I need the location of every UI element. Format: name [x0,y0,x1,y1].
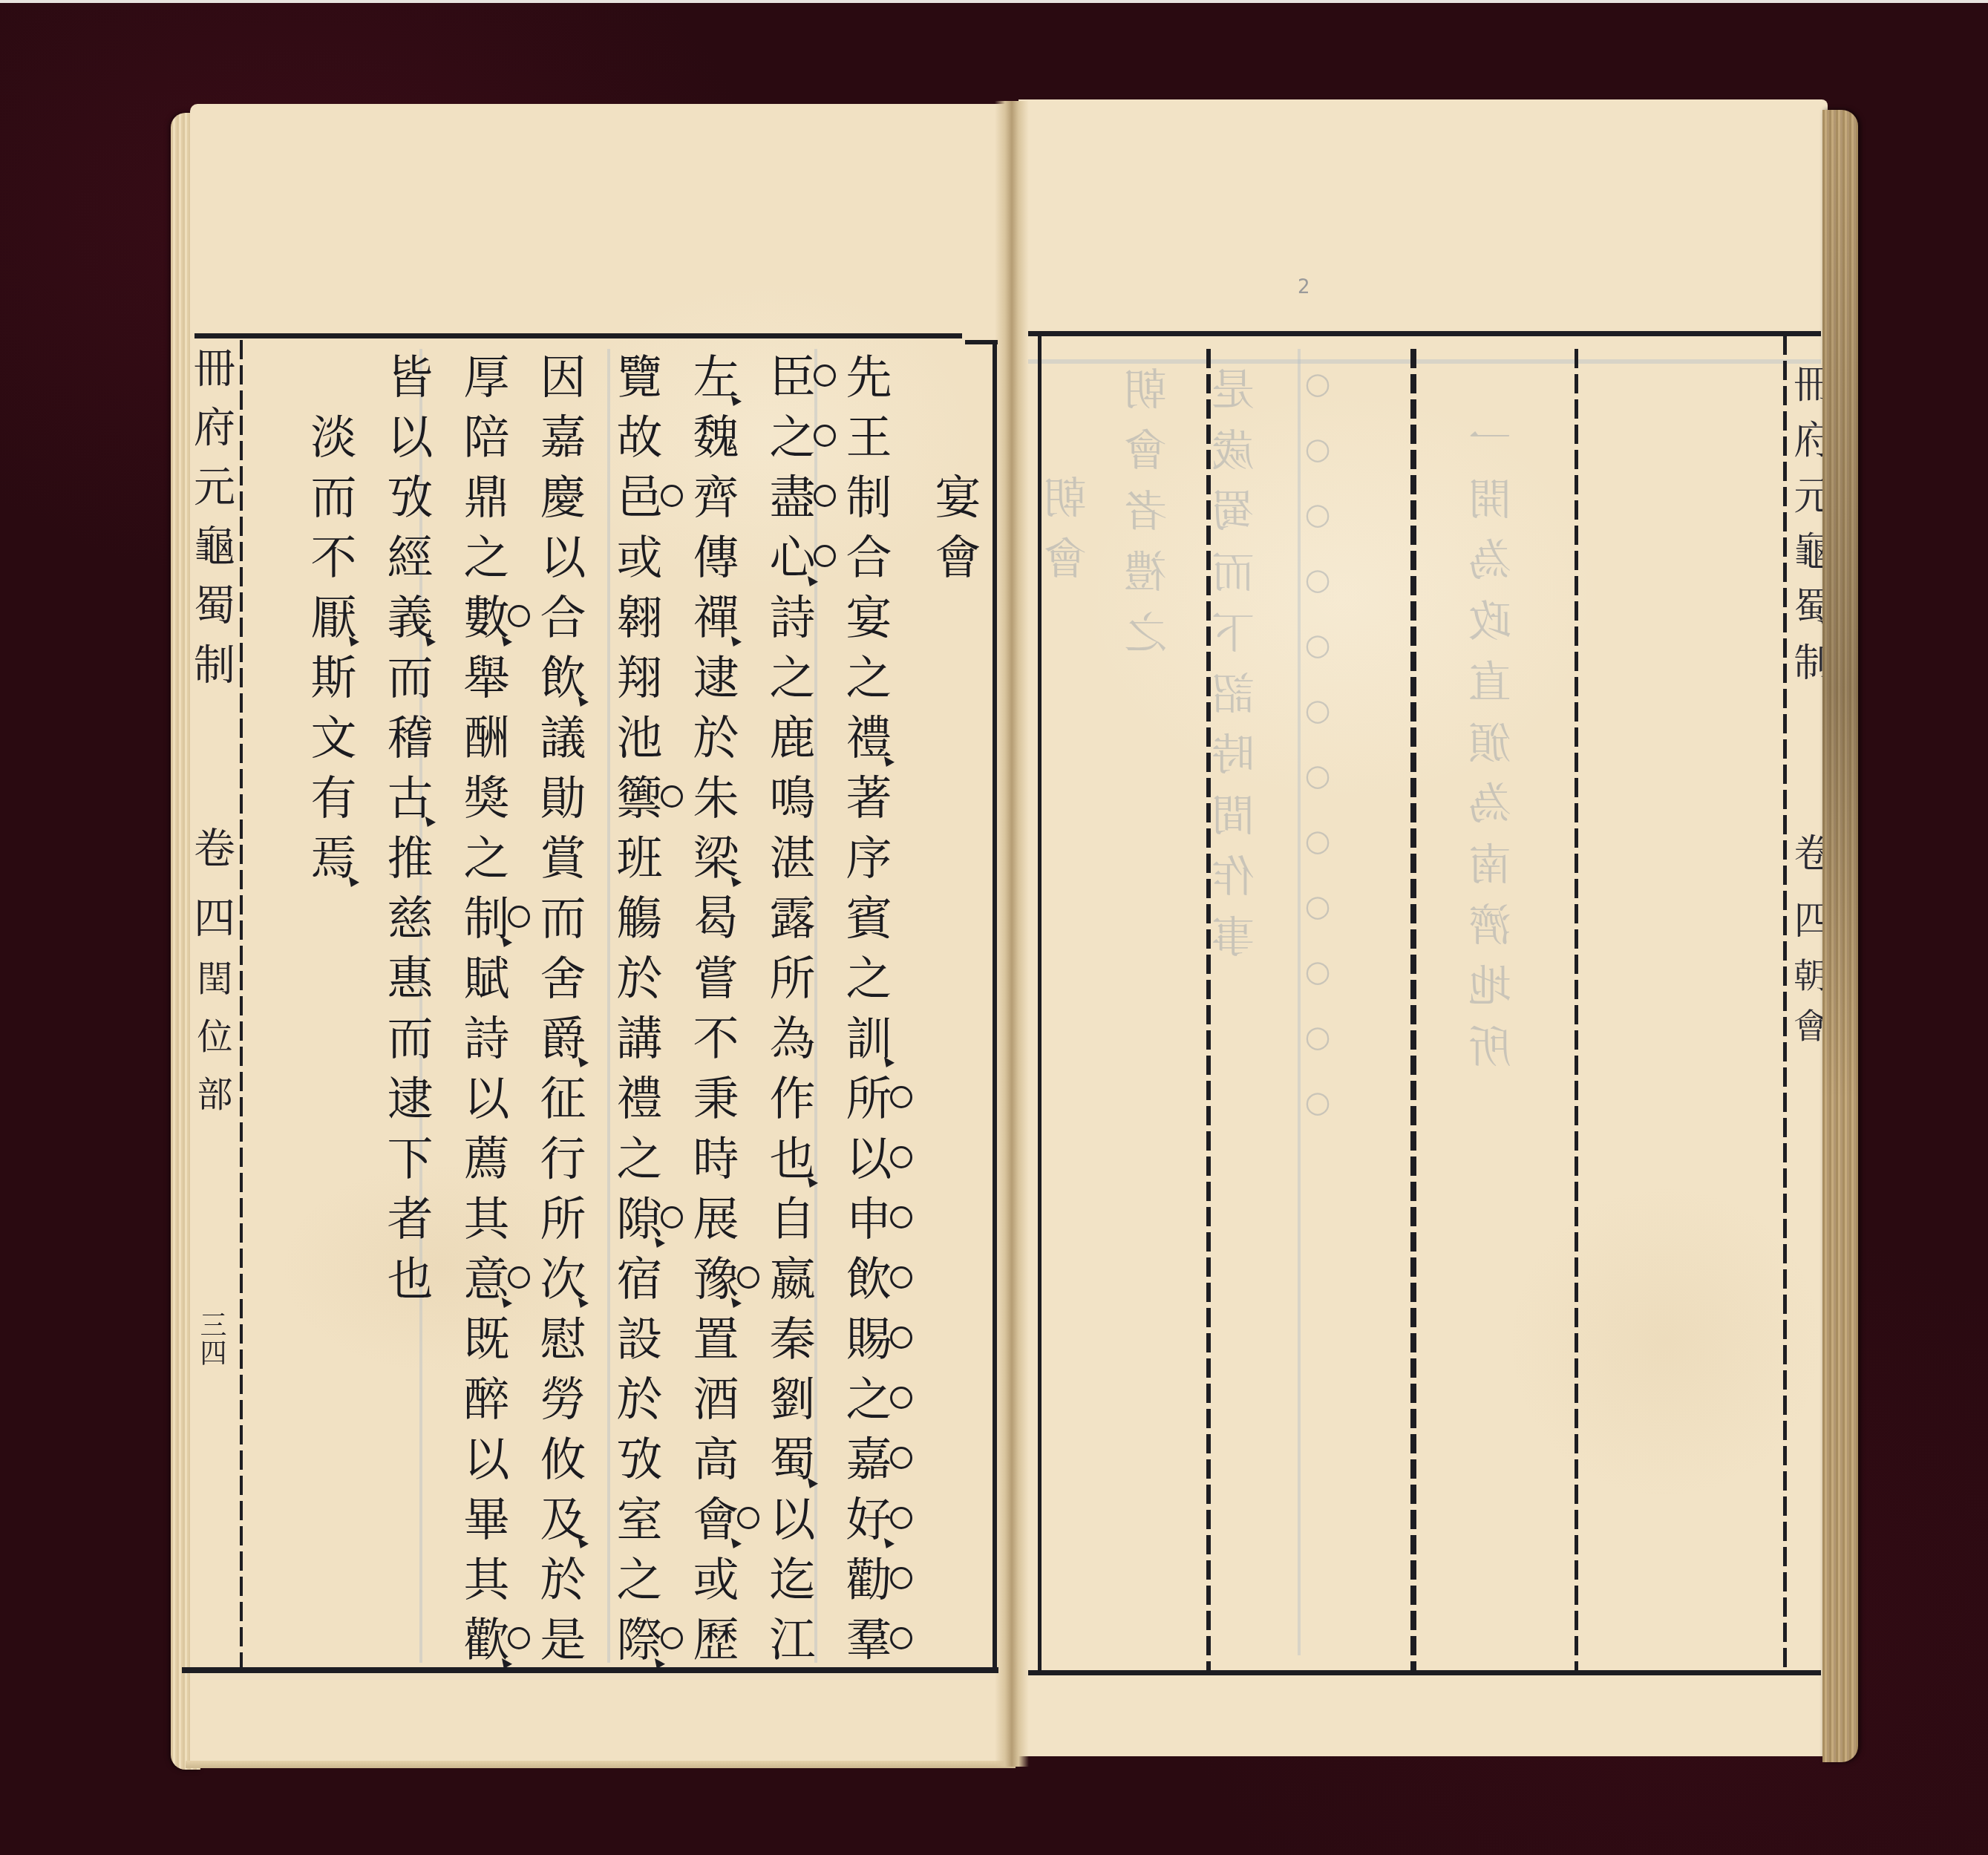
emphasis-circle-mark [661,485,683,507]
emphasis-circle-mark [737,1507,759,1529]
text-column: 覽故邑或翱翔池籞班觴於講禮之隙宿設於攷室之際 [612,353,658,1675]
emphasis-circle-mark [890,1146,912,1168]
text-column: 淡而不厭斯文有焉 [307,413,353,894]
emphasis-circle-mark [890,1206,912,1229]
emphasis-circle-mark [890,1086,912,1108]
text-column: 因嘉慶以合飲議勛賞而舍爵征行所次慰勞攸及於是 [536,353,582,1675]
emphasis-circle-mark [890,1326,912,1349]
right-frame-left-line [1038,336,1042,1672]
right-page [1018,99,1828,1756]
left-frame-inner-line [240,340,243,1669]
emphasis-circle-mark [661,1627,683,1649]
emphasis-circle-mark [508,605,530,627]
emphasis-circle-mark [814,425,836,447]
bleed-through-column: 一開為政直頒為南濟地所 [1472,416,1515,1085]
right-column-rule [1206,349,1211,1670]
right-column-rule [1575,349,1578,1670]
bleed-through-column: 朝會 [1047,475,1091,597]
emphasis-circle-mark [814,545,836,567]
emphasis-circle-mark [890,1447,912,1469]
right-column-rule [1410,349,1416,1670]
left-margin-book-title: 冊府元龜蜀制 [190,346,232,702]
left-frame-top-line [194,333,962,338]
bleed-through-column: 朝會者禮之 [1128,367,1171,671]
emphasis-circle-mark [508,1627,530,1649]
text-column: 先王制合宴之禮著序賓之訓所以申飲賜之嘉好勸羣 [842,353,888,1675]
emphasis-circle-mark [890,1387,912,1409]
emphasis-circle-mark [508,906,530,928]
left-page-bottom-edge [186,1761,1016,1768]
emphasis-circle-mark [508,1266,530,1289]
emphasis-circle-mark [737,1266,759,1289]
emphasis-circle-mark [814,485,836,507]
left-frame-right-line [993,340,997,1670]
bleed-through-circles: ○○○○○○○○○○○○ [1303,367,1333,1151]
right-page-edge-stack [1822,110,1858,1762]
section-heading: 宴會 [931,473,977,593]
left-margin-section: 閏位部 [194,960,229,1133]
text-column: 臣之盡心詩之鹿鳴湛露所為作也自嬴秦劉蜀以迄江 [765,353,811,1675]
emphasis-circle-mark [890,1567,912,1589]
emphasis-circle-mark [890,1507,912,1529]
left-margin-volume: 卷四 [190,826,232,966]
emphasis-circle-mark [661,785,683,808]
text-column: 皆以攷經義而稽古推慈惠而逮下者也 [383,353,429,1315]
pencil-page-mark: 2 [1298,276,1310,298]
right-bleed-horizontal-line [1028,359,1821,364]
book-gutter [995,101,1029,1767]
bleed-through-column: 是歲蜀而下詔時間作事 [1215,367,1258,975]
right-margin-section: 朝會 [1791,958,1825,1059]
left-margin-page-number: 三四 [197,1311,224,1367]
emphasis-circle-mark [890,1266,912,1289]
right-frame-bottom-line [1028,1670,1821,1675]
text-column: 左魏齊傳禪逮於朱梁曷嘗不秉時展豫置酒高會或歷 [689,353,735,1675]
emphasis-circle-mark [661,1206,683,1229]
scan-top-border [0,0,1988,3]
text-column: 厚陪鼎之數舉酬獎之制賦詩以薦其意既醉以畢其歡 [460,353,506,1675]
right-frame-top-line [1028,331,1821,336]
emphasis-circle-mark [814,364,836,387]
emphasis-circle-mark [890,1627,912,1649]
